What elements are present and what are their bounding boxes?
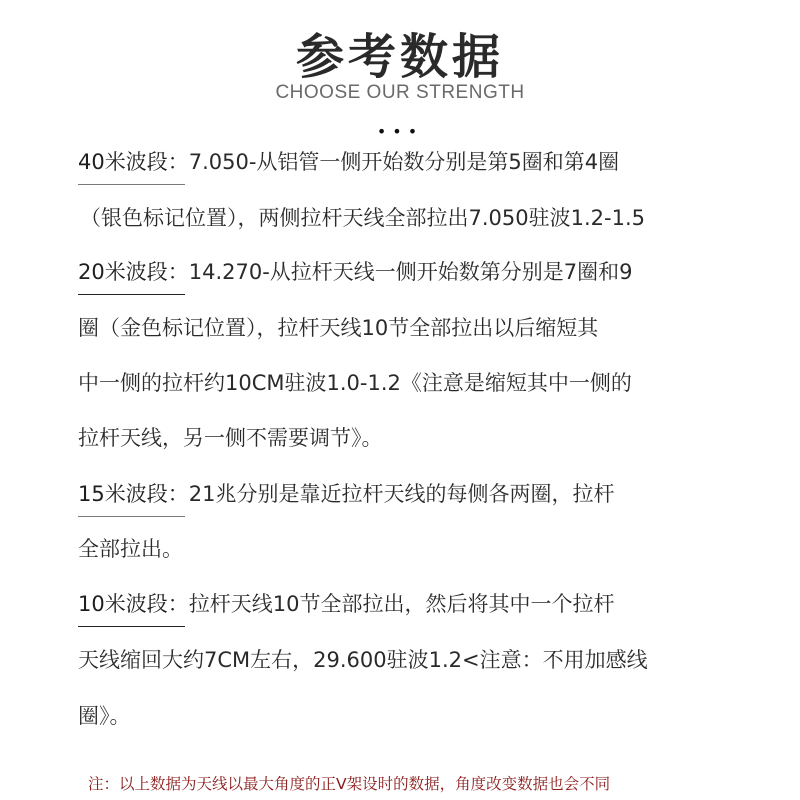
section-15m-text-1: 21兆分别是靠近拉杆天线的每侧各两圈，拉杆 — [189, 482, 615, 506]
section-15m-line-1: 15米波段：21兆分别是靠近拉杆天线的每侧各两圈，拉杆 — [78, 479, 614, 509]
section-15m-line-2: 全部拉出。 — [78, 534, 183, 564]
section-40m-label: 40米波段： — [78, 147, 189, 177]
section-15m-label: 15米波段： — [78, 479, 189, 509]
page-subtitle: CHOOSE OUR STRENGTH — [0, 82, 800, 104]
section-20m-line-3: 中一侧的拉杆约10CM驻波1.0-1.2《注意是缩短其中一侧的 — [78, 368, 632, 398]
section-40m-line-1: 40米波段：7.050-从铝管一侧开始数分别是第5圈和第4圈 — [78, 147, 619, 177]
section-10m-line-3: 圈》。 — [78, 701, 131, 731]
section-20m-text-1: 14.270-从拉杆天线一侧开始数第分别是7圈和9 — [189, 260, 633, 284]
section-40m-underline — [78, 184, 185, 185]
section-20m-underline — [78, 294, 185, 295]
section-15m-underline — [78, 516, 185, 517]
page-title: 参考数据 — [0, 18, 800, 87]
section-20m-line-4: 拉杆天线，另一侧不需要调节》。 — [78, 423, 383, 453]
section-40m-text-1: 7.050-从铝管一侧开始数分别是第5圈和第4圈 — [189, 150, 619, 174]
section-20m-line-1: 20米波段：14.270-从拉杆天线一侧开始数第分别是7圈和9 — [78, 257, 633, 287]
section-10m-line-1: 10米波段：拉杆天线10节全部拉出，然后将其中一个拉杆 — [78, 589, 614, 619]
section-20m-label: 20米波段： — [78, 257, 189, 287]
section-10m-line-2: 天线缩回大约7CM左右，29.600驻波1.2<注意：不用加感线 — [78, 645, 648, 675]
section-10m-label: 10米波段： — [78, 589, 189, 619]
decorative-dots: ••• — [0, 122, 800, 141]
footer-note: 注：以上数据为天线以最大角度的正V架设时的数据，角度改变数据也会不同 — [88, 772, 610, 794]
section-20m-line-2: 圈（金色标记位置），拉杆天线10节全部拉出以后缩短其 — [78, 313, 598, 343]
section-10m-text-1: 拉杆天线10节全部拉出，然后将其中一个拉杆 — [189, 592, 615, 616]
section-10m-underline — [78, 626, 185, 627]
section-40m-line-2: （银色标记位置），两侧拉杆天线全部拉出7.050驻波1.2-1.5 — [80, 203, 645, 233]
